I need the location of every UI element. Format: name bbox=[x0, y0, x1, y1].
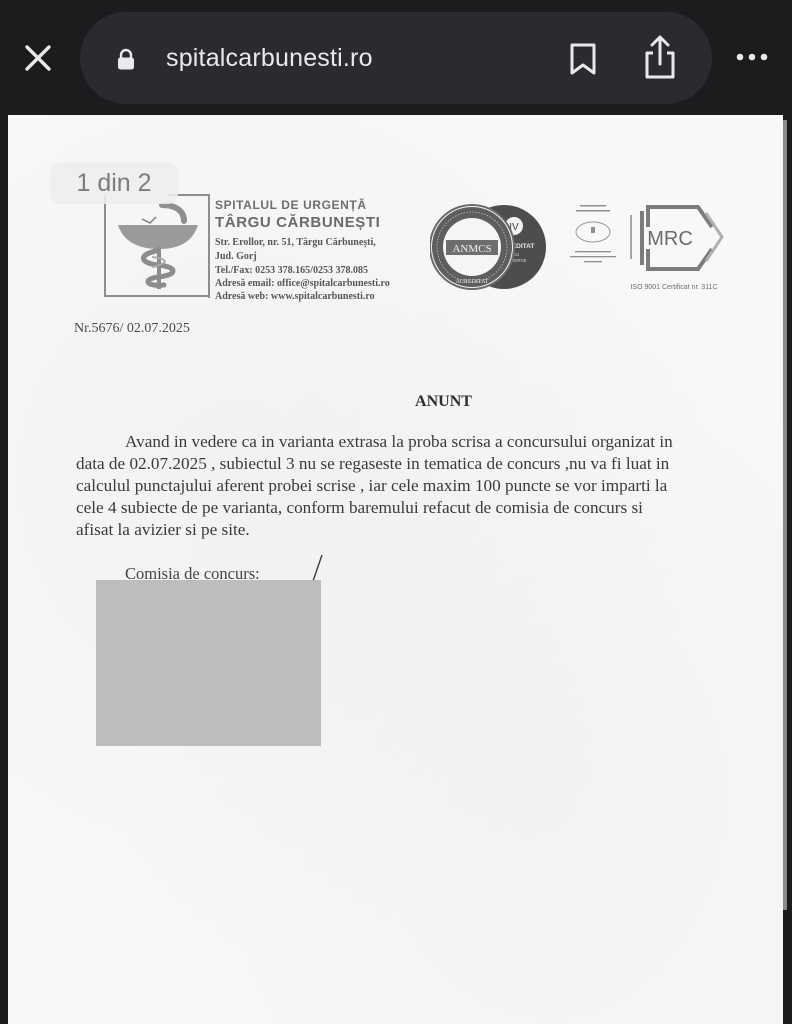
page-indicator: 1 din 2 bbox=[50, 162, 178, 204]
bookmark-button[interactable] bbox=[568, 42, 598, 76]
close-button[interactable] bbox=[22, 42, 54, 74]
document-title: ANUNT bbox=[8, 393, 783, 411]
share-icon bbox=[642, 34, 678, 80]
svg-text:ANMCS: ANMCS bbox=[452, 243, 491, 255]
body-line: calculul punctajului aferent probei scri… bbox=[76, 475, 766, 497]
url-text[interactable]: spitalcarbunesti.ro bbox=[166, 12, 373, 104]
more-options-button[interactable] bbox=[734, 47, 770, 67]
caduceus-bowl-logo-icon bbox=[112, 197, 206, 293]
certification-seal-icon bbox=[570, 205, 616, 262]
close-x-icon bbox=[22, 42, 54, 74]
reference-number: Nr.5676/ 02.07.2025 bbox=[74, 321, 190, 337]
bookmark-icon bbox=[568, 42, 598, 76]
body-line: Avand in vedere ca in varianta extrasa l… bbox=[76, 431, 766, 453]
anmcs-seal-icon: ANMCS ACREDITAT bbox=[430, 205, 514, 289]
hospital-address: Str. Erollor, nr. 51, Târgu Cărbunești, bbox=[215, 237, 376, 248]
hospital-name-line1: SPITALUL DE URGENȚĂ bbox=[215, 198, 367, 212]
lock-icon bbox=[116, 48, 136, 70]
mrc-logo-icon: MRC ISO 9001 Certificat nr. 311C bbox=[630, 207, 722, 291]
scrollbar[interactable] bbox=[783, 120, 787, 910]
accreditation-badges: IV ACREDITAT CU REZERVE ANMCS ACREDITAT bbox=[430, 197, 730, 297]
svg-text:MRC: MRC bbox=[647, 228, 693, 250]
hospital-county: Jud. Gorj bbox=[215, 251, 257, 262]
signature-stroke-icon bbox=[310, 554, 324, 582]
hospital-website: Adresă web: www.spitalcarbunesti.ro bbox=[215, 291, 375, 302]
document-page: SPITALUL DE URGENȚĂ TÂRGU CĂRBUNEȘTI Str… bbox=[8, 115, 783, 1024]
body-line: afisat la avizier si pe site. bbox=[76, 519, 766, 541]
more-horizontal-icon bbox=[734, 47, 770, 67]
svg-text:ISO 9001 Certificat nr. 311C: ISO 9001 Certificat nr. 311C bbox=[630, 284, 717, 291]
browser-toolbar: spitalcarbunesti.ro bbox=[0, 0, 792, 115]
address-bar[interactable]: spitalcarbunesti.ro bbox=[80, 12, 712, 104]
hospital-phone: Tel./Fax: 0253 378.165/0253 378.085 bbox=[215, 265, 368, 276]
announcement-body: Avand in vedere ca in varianta extrasa l… bbox=[76, 431, 766, 541]
pdf-viewer[interactable]: SPITALUL DE URGENȚĂ TÂRGU CĂRBUNEȘTI Str… bbox=[0, 115, 792, 1024]
logo-frame-right bbox=[208, 194, 210, 298]
redacted-signatures bbox=[96, 580, 321, 746]
body-line: data de 02.07.2025 , subiectul 3 nu se r… bbox=[76, 453, 766, 475]
hospital-name-line2: TÂRGU CĂRBUNEȘTI bbox=[215, 214, 380, 231]
hospital-email: Adresă email: office@spitalcarbunesti.ro bbox=[215, 278, 390, 289]
share-button[interactable] bbox=[642, 34, 678, 80]
body-line: cele 4 subiecte de pe varianta, conform … bbox=[76, 497, 766, 519]
